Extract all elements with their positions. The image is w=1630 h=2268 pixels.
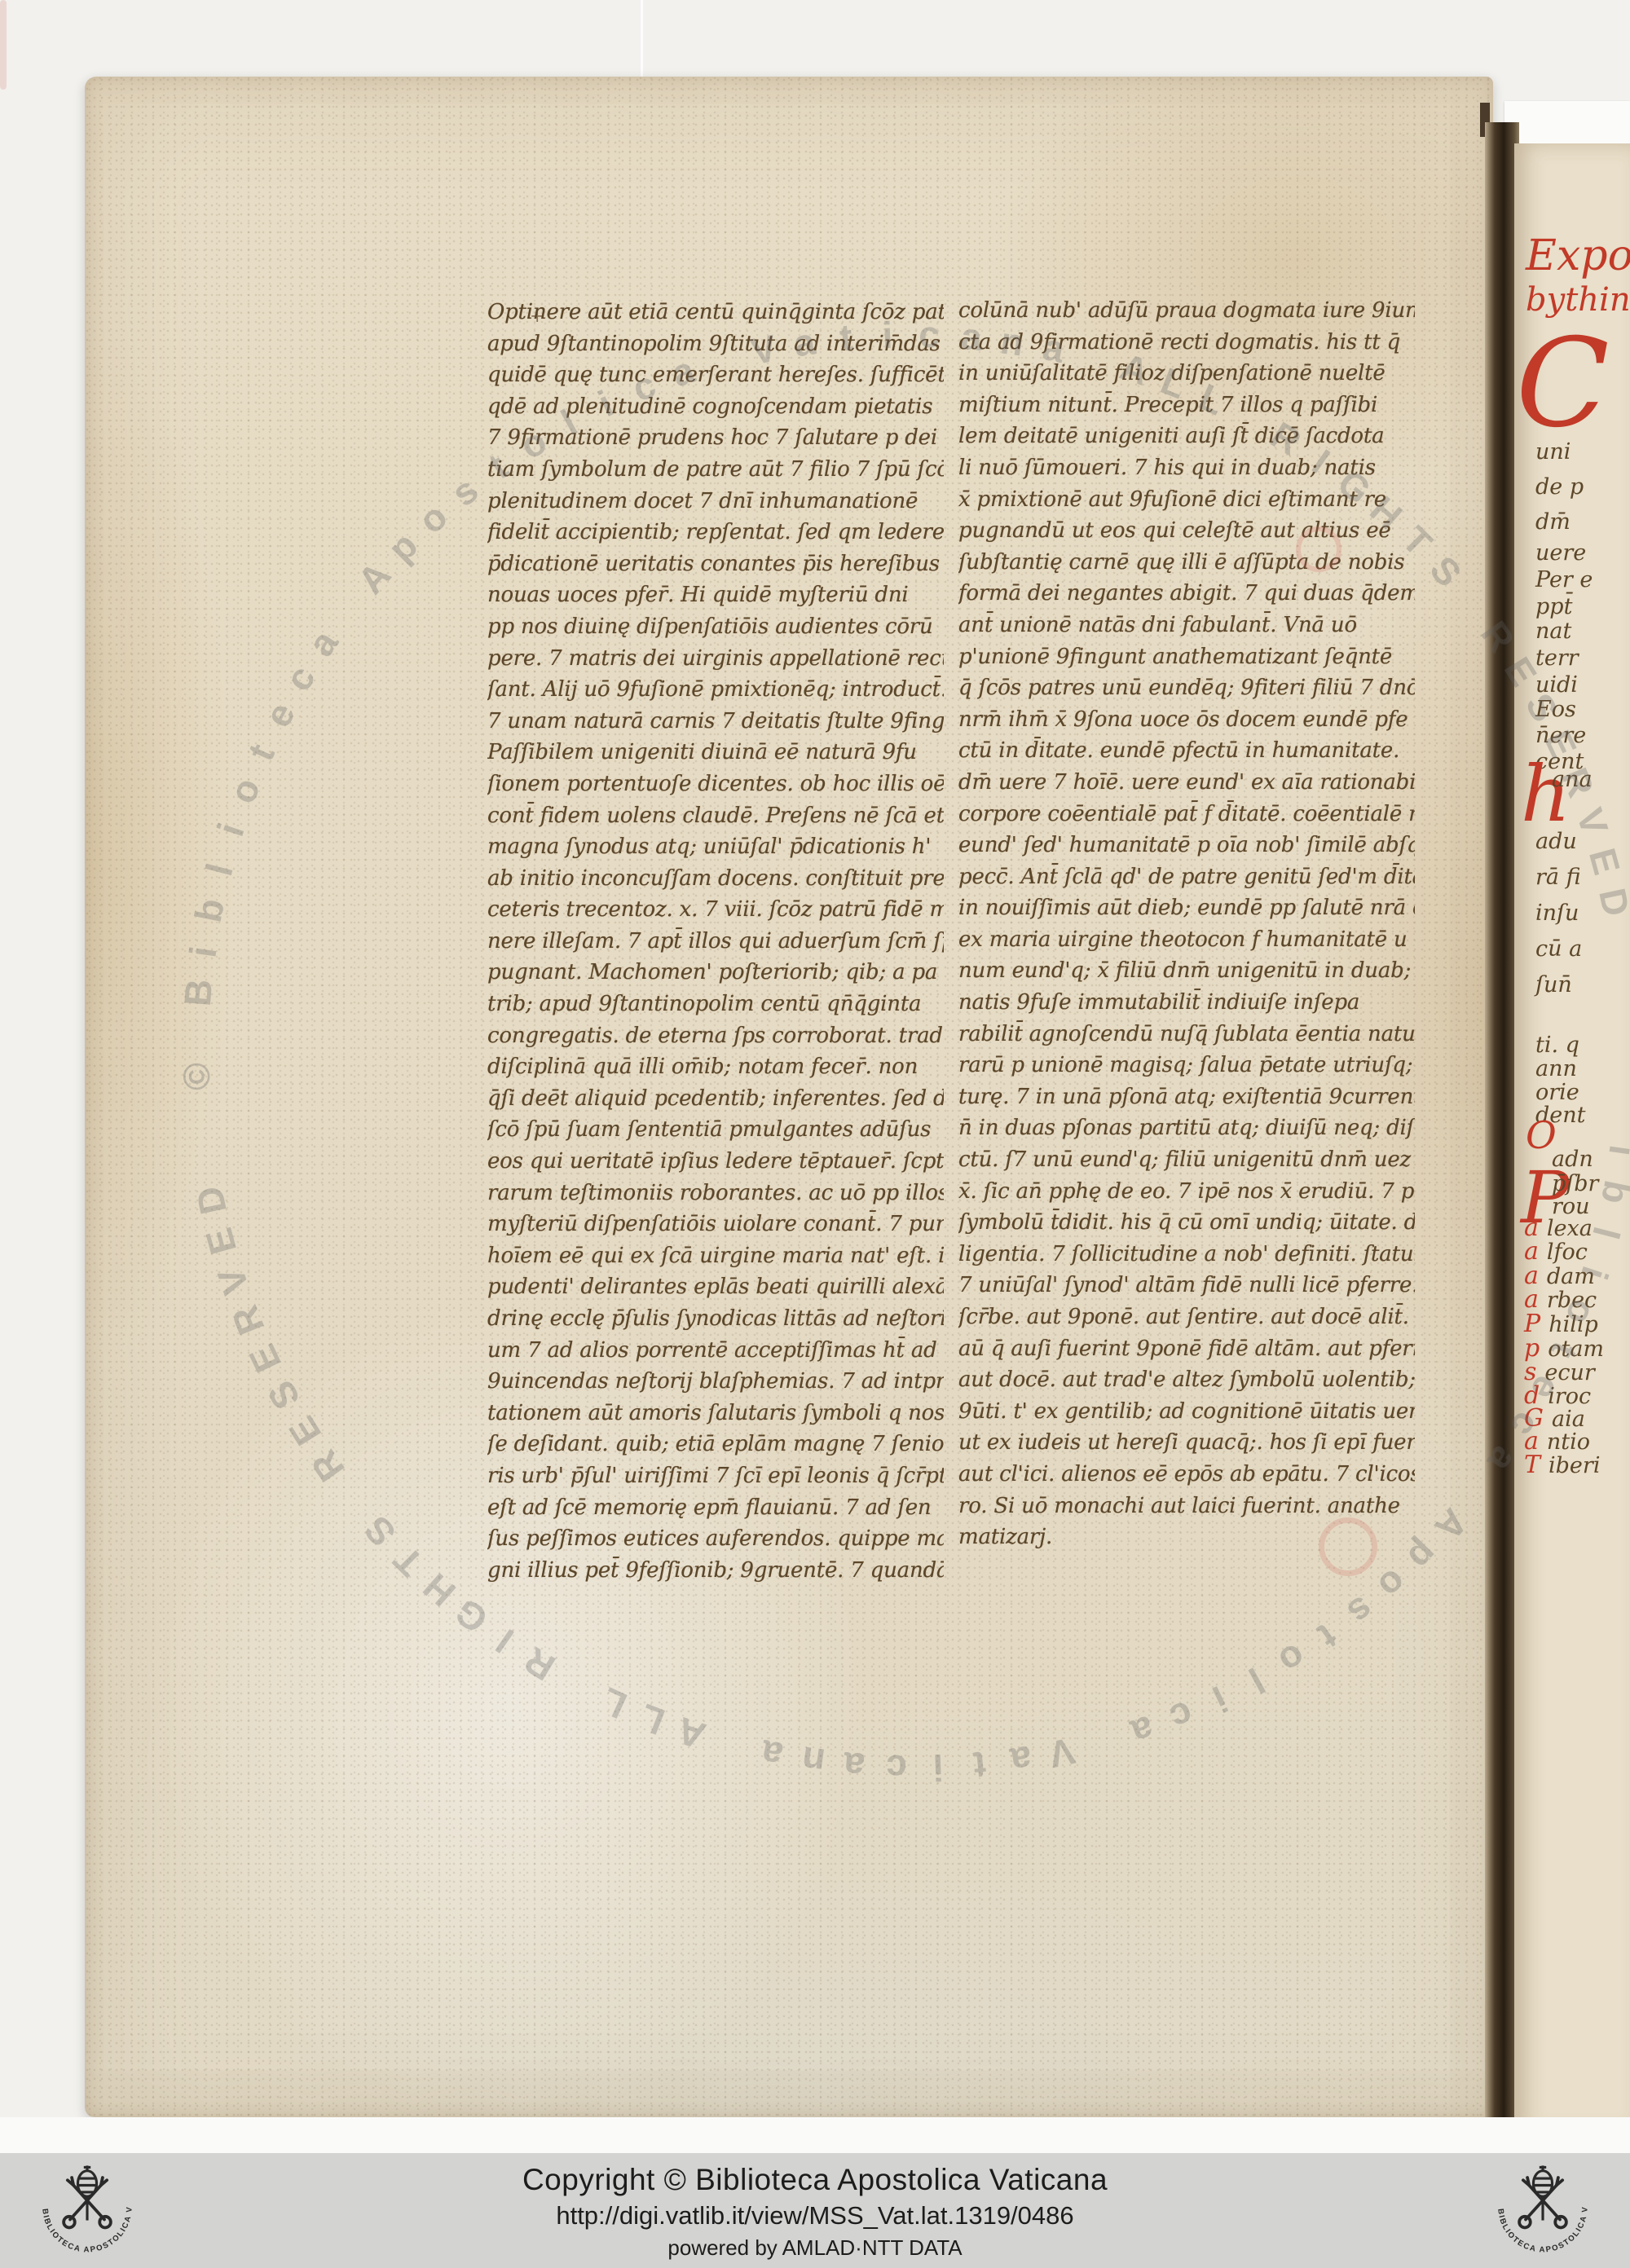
- manuscript-line: formā dei negantes abigit. 7 qui duas q̄…: [958, 581, 1415, 613]
- manuscript-line: Paſſibilem unigeniti diuinā eē naturā 9f…: [487, 740, 944, 772]
- facing-red-initial: Expoſ: [1526, 235, 1630, 277]
- red-smudge-stain: [0, 0, 7, 90]
- manuscript-line: eos qui ueritatē ipſius ledere tēptauer̄…: [487, 1149, 944, 1181]
- manuscript-line: 7 9firmationē prudens hoc 7 ſalutare p d…: [487, 425, 944, 457]
- manuscript-line: ris urb' p̄ſul' uiriſſimi 7 ſcī epī leon…: [487, 1464, 944, 1495]
- facing-text-fragment: ppt̄: [1535, 595, 1572, 619]
- manuscript-line: pp nos diuinę diſpenſatiōis audientes cō…: [487, 614, 944, 646]
- manuscript-line: p'unionē 9fingunt anathematizant ſeq̄ntē: [958, 645, 1415, 676]
- manuscript-column-1: Optinere aūt etiā centū quinq̄ginta ſcōz…: [487, 300, 944, 1604]
- manuscript-line: lem deitatē unigeniti auſi ſt̄ dicē ſacd…: [958, 424, 1415, 456]
- manuscript-line: magna ſynodus atq; uniūſal' p̄dicationis…: [487, 835, 944, 866]
- manuscript-line: pugnant. Machomen' poſteriorib; qib; a p…: [487, 960, 944, 992]
- manuscript-line: ab initio inconcuſſam docens. conſtituit…: [487, 866, 944, 898]
- facing-text-fragment: ana: [1552, 768, 1593, 792]
- white-backing-strip: [1504, 101, 1630, 148]
- facing-text-fragment: uere: [1535, 541, 1586, 566]
- facing-text-fragment: ſun̄: [1535, 973, 1572, 997]
- manuscript-line: turę. 7 in unā pſonā atq; exiſtentiā 9cu…: [958, 1085, 1415, 1116]
- manuscript-line: nrm̄ ihm̄ x̄ 9ſona uoce ōs docem eundē p…: [958, 707, 1415, 739]
- manuscript-line: 9ūti. t' ex gentilib; ad cognitionē ūita…: [958, 1399, 1415, 1431]
- footer-url: http://digi.vatlib.it/view/MSS_Vat.lat.1…: [0, 2201, 1630, 2231]
- manuscript-line: miſtium nitunt̄. Precepit 7 illos q paſſ…: [958, 393, 1415, 425]
- facing-folio-strip: ExpoſbythinCunide pdm̄uerePer eppt̄natte…: [1514, 143, 1630, 2134]
- pink-ring-stain: [1319, 1517, 1377, 1576]
- name-fragment: ecur: [1544, 1360, 1594, 1385]
- manuscript-line: colūnā nub' adūſū praua dogmata iure 9iu…: [958, 298, 1415, 330]
- facing-text-fragment: ann: [1535, 1057, 1577, 1081]
- manuscript-line: aut cl'ici. alienos eē epōs ab epātu. 7 …: [958, 1462, 1415, 1494]
- manuscript-line: dm̄ uere 7 hoīē. uere eund' ex aīa ratio…: [958, 770, 1415, 802]
- manuscript-line: fidelit̄ accipientib; repſentat. ſed qm …: [487, 520, 944, 552]
- name-fragment: otam: [1548, 1337, 1604, 1362]
- red-initial-letter: T: [1524, 1451, 1540, 1479]
- manuscript-line: ceteris trecentoz. x. 7 viii. ſcōz patrū…: [487, 897, 944, 929]
- manuscript-line: aut docē. aut trad'e altez ſymbolū uolen…: [958, 1367, 1415, 1399]
- footer-powered-by: powered by AMLAD·NTT DATA: [0, 2235, 1630, 2261]
- manuscript-line: cta ad 9firmationē recti dogmatis. his t…: [958, 330, 1415, 362]
- name-fragment: aia: [1552, 1407, 1585, 1432]
- manuscript-line: diſciplinā quā illi om̄ib; notam fecer̄.…: [487, 1055, 944, 1086]
- svg-text:BIBLIOTECA APOSTOLICA VATICANA: BIBLIOTECA APOSTOLICA VATICANA: [1491, 2160, 1590, 2254]
- manuscript-line: drinę ecclę p̄ſulis ſynodicas littās ad …: [487, 1306, 944, 1338]
- pink-ring-stain: [1296, 526, 1341, 572]
- facing-text-fragment: p̄ſbr: [1552, 1172, 1598, 1196]
- facing-text-fragment: uni: [1535, 440, 1571, 465]
- manuscript-line: quidē quę tunc emerſerant hereſes. ſuffi…: [487, 363, 944, 394]
- facing-text-fragment: nat: [1535, 619, 1571, 644]
- manuscript-line: x̄. ſic an̄ pphę de eo. 7 ipē nos x̄ eru…: [958, 1179, 1415, 1211]
- digitized-manuscript-viewer: { "watermark": { "text": "© Biblioteca A…: [0, 0, 1630, 2268]
- manuscript-line: rarum teſtimoniis roborantes. ac uō pp i…: [487, 1181, 944, 1213]
- facing-text-fragment: Per e: [1535, 568, 1593, 592]
- manuscript-line: ligentia. 7 ſollicitudine a nob' definit…: [958, 1242, 1415, 1274]
- manuscript-line: ſymbolū t̄didit. his q̄ cū omī undiq; ūi…: [958, 1210, 1415, 1242]
- vatican-emblem-icon: BIBLIOTECA APOSTOLICA VATICANA: [1491, 2160, 1594, 2262]
- manuscript-line: eund' ſed' humanitatē p oīa nob' ſimilē …: [958, 833, 1415, 865]
- manuscript-line: natis 9fuſe immutabilit̄ indiuiſe inſepa: [958, 990, 1415, 1022]
- manuscript-line: 7 unam naturā carnis 7 deitatis ſtulte 9…: [487, 709, 944, 741]
- facing-list-entry: Tiberi: [1524, 1453, 1600, 1478]
- footer-copyright-line: Copyright © Biblioteca Apostolica Vatica…: [0, 2163, 1630, 2197]
- manuscript-line: num eund'q; x̄ filiū dnm̄ unigenitū in d…: [958, 958, 1415, 990]
- manuscript-line: apud 9ſtantinopolim 9ſtituta ad interim̄…: [487, 332, 944, 363]
- manuscript-line: ctū. ſ7 unū eund'q; filiū unigenitū dnm̄…: [958, 1147, 1415, 1179]
- name-fragment: rbec: [1547, 1288, 1597, 1313]
- footer-text-block: Copyright © Biblioteca Apostolica Vatica…: [0, 2153, 1630, 2261]
- facing-text-fragment: orie: [1535, 1081, 1579, 1105]
- manuscript-line: ſus peſſimos eutices auferendos. quippe …: [487, 1526, 944, 1558]
- manuscript-line: rabilit̄ agnoſcendū nuſq̄ ſublata ēentia…: [958, 1022, 1415, 1054]
- manuscript-line: ſubſtantię carnē quę illi ē aſſūpta de n…: [958, 550, 1415, 582]
- facing-text-fragment: cū a: [1535, 937, 1582, 962]
- pre-footer-strip: [0, 2117, 1630, 2153]
- manuscript-line: ſant. Alij uō 9fuſionē pmixtionēq; intro…: [487, 677, 944, 709]
- manuscript-line: myſteriū diſpenſatiōis uiolare conant̄. …: [487, 1212, 944, 1244]
- manuscript-line: qdē ad plenitudinē cognoſcendam pietatis: [487, 394, 944, 426]
- facing-text-fragment: inſu: [1535, 901, 1579, 926]
- facing-text-fragment: de p: [1535, 475, 1584, 500]
- manuscript-line: li nuō ſūmoueri. 7 his qui in duab; nati…: [958, 456, 1415, 487]
- manuscript-line: hoīem eē qui ex ſcā uirgine maria nat' e…: [487, 1244, 944, 1275]
- manuscript-line: gni illius pet̄ 9feſſionib; 9gruentē. 7 …: [487, 1558, 944, 1590]
- manuscript-column-2: colūnā nub' adūſū praua dogmata iure 9iu…: [958, 298, 1415, 1570]
- manuscript-line: pere. 7 matris dei uirginis appellationē…: [487, 646, 944, 678]
- manuscript-line: q̄ſi deēt aliquid pcedentib; inferentes.…: [487, 1086, 944, 1118]
- manuscript-line: ſe deſidant. quib; etiā eplām magnę 7 ſe…: [487, 1432, 944, 1464]
- manuscript-line: ctū in d̄itate. eundē pfectū in humanita…: [958, 738, 1415, 770]
- manuscript-line: 9uincendas neſtorij blaſphemias. 7 ad in…: [487, 1369, 944, 1401]
- manuscript-line: x̄ pmixtionē aut 9fuſionē dici eſtimant …: [958, 487, 1415, 519]
- manuscript-line: ſionem portentuoſe dicentes. ob hoc illi…: [487, 772, 944, 804]
- manuscript-line: ſcr̄be. aut 9ponē. aut ſentire. aut docē…: [958, 1305, 1415, 1337]
- manuscript-line: pugnandū ut eos qui celeſtē aut altius e…: [958, 518, 1415, 550]
- name-fragment: dam: [1547, 1264, 1595, 1289]
- manuscript-line: rarū p unionē magisq; ſalua p̄etate utri…: [958, 1053, 1415, 1085]
- facing-text-fragment: terr: [1535, 646, 1579, 671]
- manuscript-line: aū q̄ auſi fuerint 9ponē fidē altām. aut…: [958, 1337, 1415, 1368]
- name-fragment: lexa: [1547, 1216, 1593, 1241]
- name-fragment: ntio: [1547, 1429, 1590, 1455]
- manuscript-line: ex maria uirgine theotocon f humanitatē …: [958, 927, 1415, 959]
- manuscript-line: um 7 ad alios porrentē acceptiſſimas ht̄…: [487, 1338, 944, 1370]
- facing-text-fragment: rā fi: [1535, 865, 1581, 890]
- manuscript-line: eſt ad ſcē memorię epm̄ flauianū. 7 ad ſ…: [487, 1495, 944, 1527]
- facing-text-fragment: ti. q: [1535, 1033, 1579, 1058]
- footer-bar: BIBLIOTECA APOSTOLICA VATICANA Copyright…: [0, 2153, 1630, 2268]
- facing-text-fragment: dm̄: [1535, 510, 1571, 535]
- manuscript-line: nouas uoces pfer̄. Hi quidē myſteriū dni: [487, 583, 944, 614]
- manuscript-line: congregatis. de eterna ſps corroborat. t…: [487, 1024, 944, 1055]
- manuscript-line: 7 uniūſal' ſynod' altām fidē nulli licē …: [958, 1273, 1415, 1305]
- facing-text-fragment: n̄ere: [1535, 724, 1586, 748]
- manuscript-line: p̄dicationē ueritatis conantes p̄is here…: [487, 552, 944, 584]
- facing-text-fragment: adu: [1535, 830, 1577, 854]
- manuscript-line: ant̄ unionē natās dni fabulant̄. Vnā uō: [958, 613, 1415, 645]
- name-fragment: lfoc: [1547, 1240, 1588, 1265]
- name-fragment: iroc: [1548, 1384, 1591, 1409]
- manuscript-line: tiam ſymbolum de patre aūt 7 filio 7 ſpū…: [487, 457, 944, 489]
- manuscript-line: corpore coēentialē pat̄ f d̄itatē. coēen…: [958, 802, 1415, 834]
- manuscript-line: in nouiſſimis aūt dieb; eundē pp ſalutē …: [958, 896, 1415, 927]
- manuscript-line: tationem aūt amoris ſalutaris ſymboli q …: [487, 1401, 944, 1433]
- manuscript-line: trib; apud 9ſtantinopolim centū qn̄q̄gin…: [487, 992, 944, 1024]
- manuscript-line: pecc̄. Ant̄ ſclā qd' de patre genitū ſed…: [958, 865, 1415, 896]
- name-fragment: iberi: [1548, 1453, 1600, 1478]
- facing-text-fragment: Eos: [1535, 698, 1576, 722]
- manuscript-line: n̄ in duas pſonas partitū atq; diuiſū ne…: [958, 1116, 1415, 1147]
- manuscript-line: cont̄ fidem uolens claudē. Preſens nē ſc…: [487, 804, 944, 835]
- manuscript-line: ſcō ſpū ſuam ſententiā pmulgantes adūſus: [487, 1117, 944, 1149]
- manuscript-line: plenitudinem docet 7 dnī inhumanationē: [487, 489, 944, 521]
- facing-red-initial: C: [1516, 323, 1610, 445]
- backing-paper-seam: [641, 0, 643, 77]
- name-fragment: hilip: [1548, 1312, 1598, 1337]
- facing-text-fragment: uidi: [1535, 673, 1578, 698]
- manuscript-line: ut ex iudeis ut hereſi quacq̄;. hos ſi e…: [958, 1430, 1415, 1462]
- manuscript-line: Optinere aūt etiā centū quinq̄ginta ſcōz…: [487, 300, 944, 332]
- manuscript-line: q̄ ſcōs patres unū eundēq; 9fiteri filiū…: [958, 676, 1415, 707]
- manuscript-line: pudenti' delirantes eplās beati quirilli…: [487, 1275, 944, 1306]
- manuscript-line: nere illeſam. 7 apt̄ illos qui aduerſum …: [487, 929, 944, 961]
- manuscript-line: in uniūſalitatē filioz diſpenſationē nue…: [958, 361, 1415, 393]
- facing-red-initial: bythin: [1526, 284, 1630, 316]
